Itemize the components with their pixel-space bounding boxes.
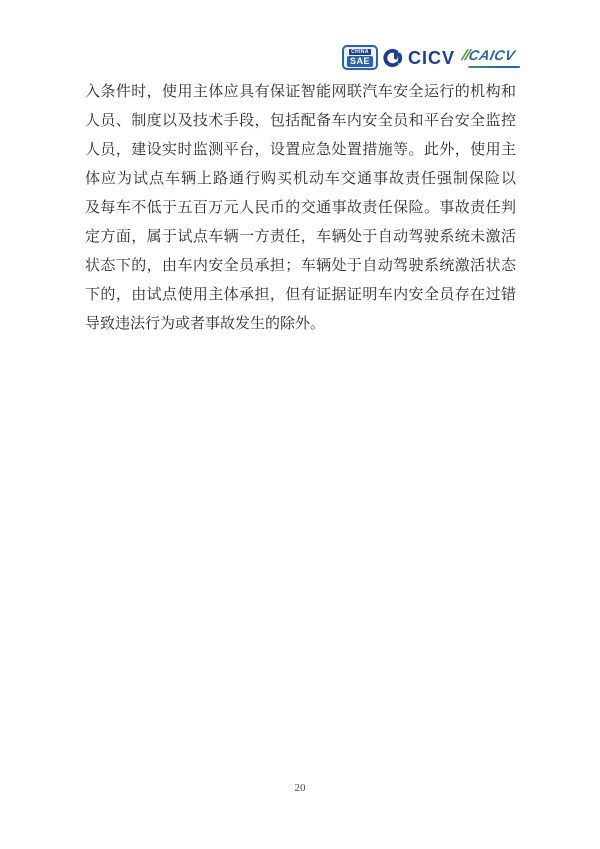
text-line: 人员、制度以及技术手段，包括配备车内安全员和平台安全监控 — [85, 106, 516, 135]
body-text: 入条件时，使用主体应具有保证智能网联汽车安全运行的机构和 人员、制度以及技术手段… — [85, 77, 516, 338]
caicv-logo: // CAICV — [462, 47, 520, 68]
caicv-underline-swoosh — [468, 66, 520, 68]
cicv-wordmark: CICV — [408, 47, 455, 69]
caicv-label: CAICV — [468, 47, 517, 63]
text-line: 状态下的，由车内安全员承担；车辆处于自动驾驶系统激活状态 — [85, 251, 516, 280]
china-sae-main-label: SAE — [347, 56, 373, 67]
text-line: 人员，建设实时监测平台，设置应急处置措施等。此外，使用主 — [85, 135, 516, 164]
china-sae-top-label: CHINA — [349, 49, 371, 55]
text-line: 入条件时，使用主体应具有保证智能网联汽车安全运行的机构和 — [85, 77, 516, 106]
pdf-page: CHINA SAE CICV // CAICV 入条件时，使用主体应具有保证智能… — [0, 0, 600, 849]
page-footer: 20 — [0, 782, 600, 794]
page-number: 20 — [295, 782, 306, 794]
text-line: 及每车不低于五百万元人民币的交通事故责任保险。事故责任判 — [85, 193, 516, 222]
text-line: 导致违法行为或者事故发生的除外。 — [85, 309, 516, 338]
text-line: 体应为试点车辆上路通行购买机动车交通事故责任强制保险以 — [85, 164, 516, 193]
caicv-wordmark: // CAICV — [462, 47, 515, 64]
header-logos: CHINA SAE CICV // CAICV — [0, 44, 520, 71]
text-line: 定方面，属于试点车辆一方责任，车辆处于自动驾驶系统未激活 — [85, 222, 516, 251]
text-line: 下的，由试点使用主体承担，但有证据证明车内安全员存在过错 — [85, 280, 516, 309]
china-sae-logo: CHINA SAE — [342, 45, 378, 70]
cicv-mark-icon — [383, 47, 403, 69]
